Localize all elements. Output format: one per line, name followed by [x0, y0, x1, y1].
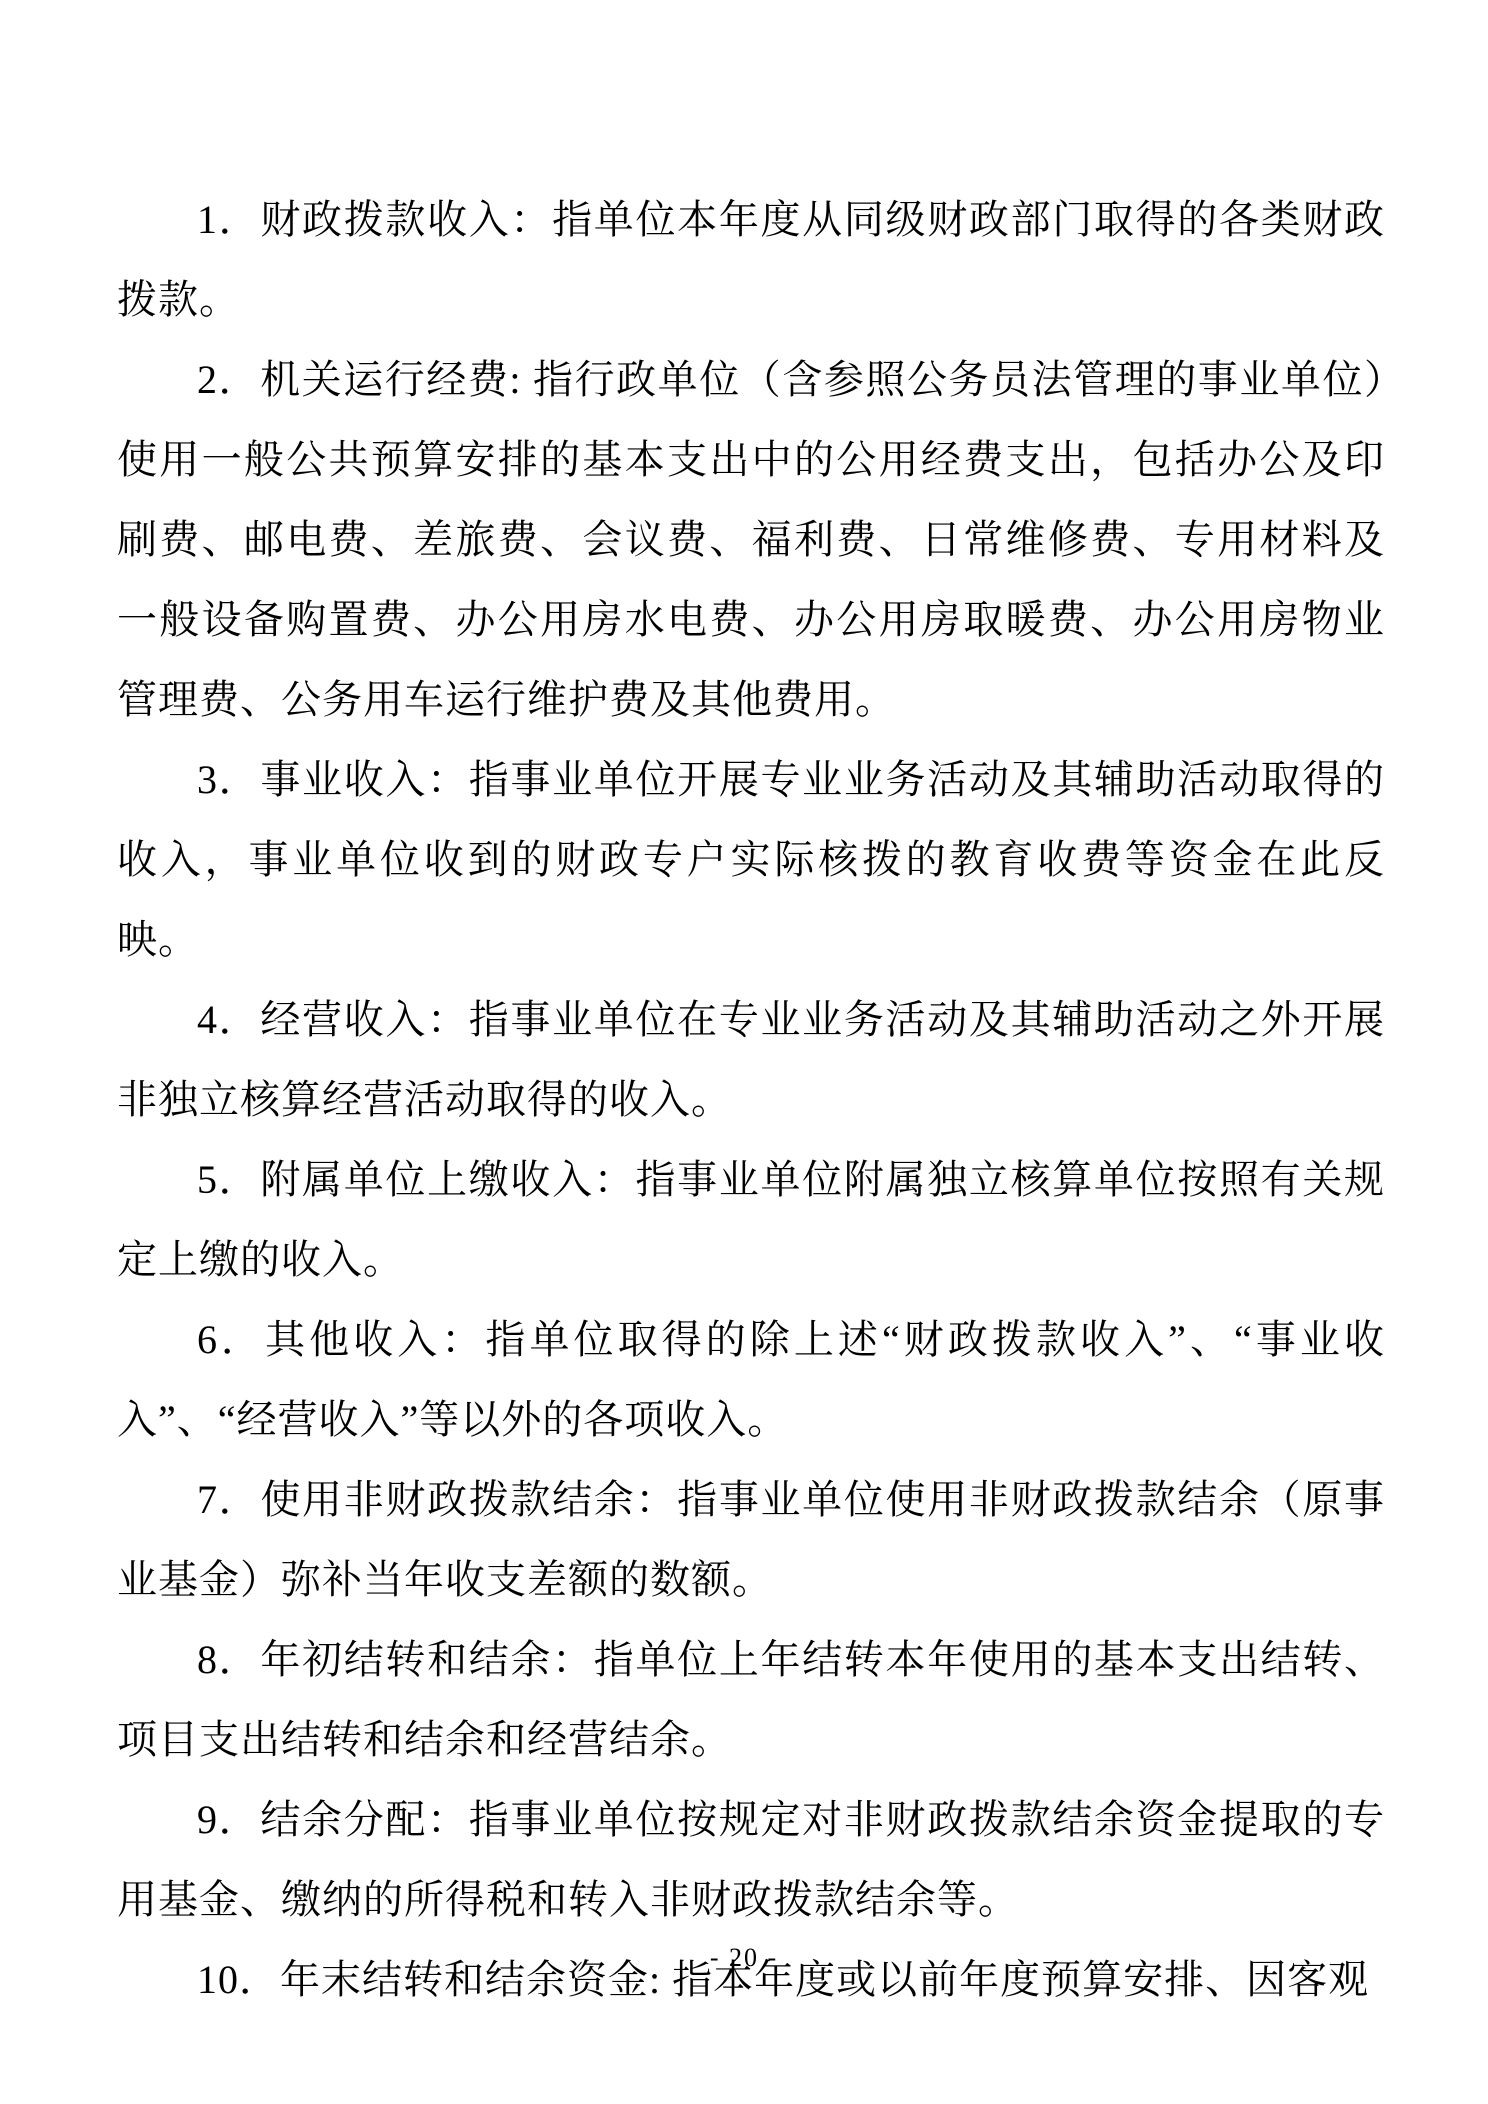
document-page: 1．财政拨款收入：指单位本年度从同级财政部门取得的各类财政拨款。 2．机关运行经… — [0, 0, 1488, 2104]
page-number: - 20 - — [0, 1942, 1488, 1974]
paragraph-6-other-income: 6．其他收入：指单位取得的除上述“财政拨款收入”、“事业收入”、“经营收入”等以… — [117, 1300, 1385, 1460]
paragraph-4-operating-income: 4．经营收入：指事业单位在专业业务活动及其辅助活动之外开展非独立核算经营活动取得… — [117, 980, 1385, 1140]
paragraph-7-non-fiscal-surplus-usage: 7．使用非财政拨款结余：指事业单位使用非财政拨款结余（原事业基金）弥补当年收支差… — [117, 1460, 1385, 1620]
document-body: 1．财政拨款收入：指单位本年度从同级财政部门取得的各类财政拨款。 2．机关运行经… — [117, 180, 1385, 2020]
paragraph-9-surplus-distribution: 9．结余分配：指事业单位按规定对非财政拨款结余资金提取的专用基金、缴纳的所得税和… — [117, 1780, 1385, 1940]
paragraph-2-agency-operating-funds: 2．机关运行经费: 指行政单位（含参照公务员法管理的事业单位）使用一般公共预算安… — [117, 340, 1385, 740]
paragraph-5-subsidiary-remitted-income: 5．附属单位上缴收入：指事业单位附属独立核算单位按照有关规定上缴的收入。 — [117, 1140, 1385, 1300]
paragraph-8-beginning-year-carryover: 8．年初结转和结余：指单位上年结转本年使用的基本支出结转、项目支出结转和结余和经… — [117, 1620, 1385, 1780]
paragraph-3-institutional-income: 3．事业收入：指事业单位开展专业业务活动及其辅助活动取得的收入，事业单位收到的财… — [117, 740, 1385, 980]
paragraph-1-fiscal-appropriation-income: 1．财政拨款收入：指单位本年度从同级财政部门取得的各类财政拨款。 — [117, 180, 1385, 340]
